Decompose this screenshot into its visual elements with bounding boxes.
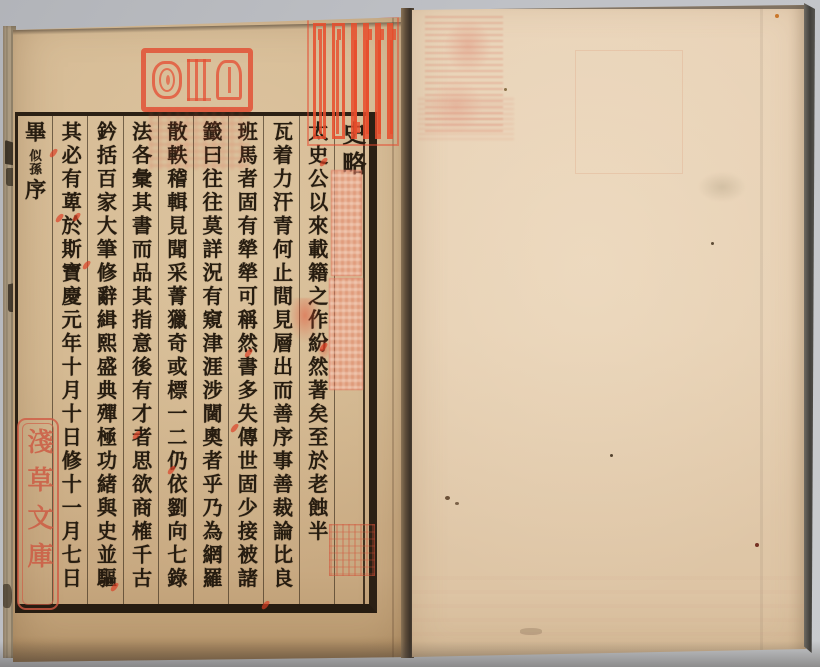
text-frame-border: 史略太史公以來載籍之作紛然著矣至於老蝕半瓦着力汗青何止間見層出而善序事善裁論比良… bbox=[15, 112, 377, 613]
seal-script-glyph bbox=[363, 23, 369, 139]
square-government-seal bbox=[141, 48, 253, 112]
left-page: 史略太史公以來載籍之作紛然著矣至於老蝕半瓦着力汗青何止間見層出而善序事善裁論比良… bbox=[13, 12, 409, 662]
paper-crease bbox=[760, 2, 763, 660]
seal-script-glyph bbox=[313, 23, 326, 139]
text-columns: 史略太史公以來載籍之作紛然著矣至於老蝕半瓦着力汗青何止間見層出而善序事善裁論比良… bbox=[18, 116, 369, 604]
vermilion-smudge bbox=[291, 298, 319, 348]
seal-bars-motif bbox=[187, 59, 211, 101]
asakusa-bunko-seal: 淺草文庫 bbox=[17, 418, 59, 610]
large-gutter-seal bbox=[307, 16, 399, 146]
seal-coil-motif bbox=[152, 61, 182, 99]
book-block-right-edge bbox=[804, 3, 815, 653]
seal-offset-ghost bbox=[149, 108, 249, 170]
right-page-blank-verso bbox=[412, 2, 806, 660]
text-column: 瓦着力汗青何止間見層出而善序事善裁論比良 bbox=[263, 116, 298, 604]
photo-of-open-book: 史略太史公以來載籍之作紛然著矣至於老蝕半瓦着力汗青何止間見層出而善序事善裁論比良… bbox=[0, 0, 820, 667]
partial-character-fragment bbox=[3, 584, 12, 608]
seal-offset-ghost bbox=[418, 98, 514, 140]
text-column: 散軼稽輯見聞采菁獵奇或標一二仍依劉向七錄 bbox=[158, 116, 193, 604]
seal-script-glyph bbox=[387, 23, 393, 139]
small-faint-seal bbox=[329, 524, 375, 576]
asakusa-bunko-seal-legend: 淺草文庫 bbox=[25, 420, 51, 608]
faint-offset-bands bbox=[412, 576, 806, 640]
faint-seal-outline bbox=[575, 50, 683, 174]
seal-script-glyph bbox=[351, 23, 357, 139]
right-page-top-edge bbox=[412, 4, 806, 9]
text-column: 法各彙其書而品其指意後有才者思欲商榷千古 bbox=[123, 116, 158, 604]
seal-arc-motif bbox=[216, 60, 242, 100]
seal-script-glyph bbox=[375, 23, 381, 139]
pink-rect-seal-upper bbox=[331, 170, 362, 276]
seal-script-glyph bbox=[332, 23, 345, 139]
text-column: 籖曰往往莫詳況有窺津涯涉閫奧者乎乃為網羅 bbox=[193, 116, 228, 604]
left-page-bottom-shading bbox=[13, 636, 409, 662]
paper-stain bbox=[698, 172, 746, 202]
text-column: 班馬者固有犖犖可稱然書多失傳世固少接被諸 bbox=[228, 116, 263, 604]
pink-rect-seal-lower bbox=[329, 278, 363, 390]
text-column: 鈐括百家大筆修辭緝熙盛典殫極功緒與史並驅 bbox=[87, 116, 122, 604]
